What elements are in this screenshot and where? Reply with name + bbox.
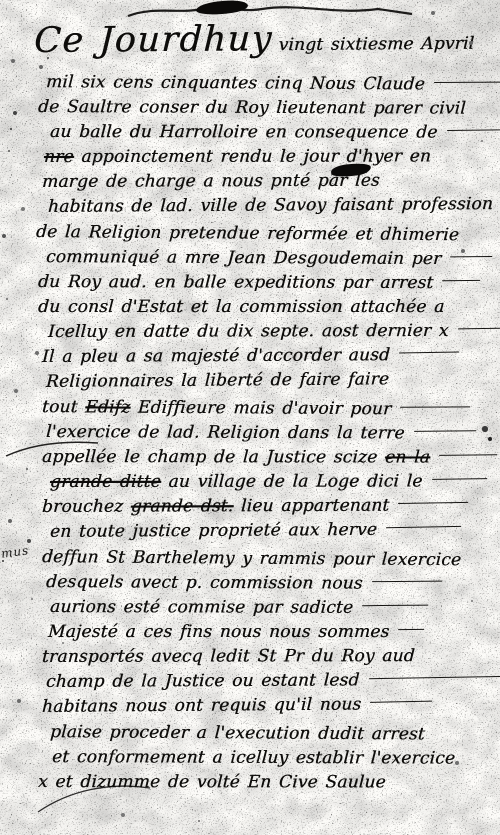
- line-filler-rule: [386, 526, 461, 528]
- manuscript-line: Icelluy en datte du dix septe. aost dern…: [29, 319, 492, 345]
- manuscript-line: nre appoinctement rendu le jour d'hyer e…: [29, 144, 492, 170]
- manuscript-line: brouchez grande dst. lieu appartenant: [29, 493, 492, 520]
- line-filler-rule: [439, 454, 497, 456]
- manuscript-line: tout Edifz Ediffieure mais d'avoir pour: [29, 395, 492, 423]
- handwritten-text: habitans de lad. ville de Savoy faisant …: [48, 194, 494, 217]
- line-filler-rule: [447, 129, 500, 131]
- manuscript-line: aurions esté commise par sadicte: [29, 595, 492, 621]
- handwritten-text: communiqué a mre Jean Desgoudemain per: [45, 247, 442, 269]
- line-filler-rule: [398, 502, 468, 504]
- handwritten-text: Religionnaires la liberté de faire faire: [46, 369, 390, 392]
- margin-note: mus: [0, 543, 30, 560]
- manuscript-text-block: Ce Jourdhuyvingt sixtiesme Apvrilmil six…: [30, 16, 492, 795]
- handwritten-text: vingt sixtiesme Apvril: [278, 34, 475, 55]
- handwritten-text: de la Religion pretendue reformée et dhi…: [35, 222, 459, 245]
- manuscript-line: de la Religion pretendue reformée et dhi…: [29, 220, 492, 248]
- manuscript-line: plaise proceder a l'execution dudit arre…: [29, 720, 492, 748]
- manuscript-line: au balle du Harrolloire en consequence d…: [29, 120, 492, 146]
- handwritten-text: plaise proceder a l'execution dudit arre…: [49, 722, 425, 744]
- manuscript-line: mil six cens cinquantes cinq Nous Claude: [29, 70, 492, 98]
- manuscript-line: habitans nous ont requis qu'il nous: [29, 692, 492, 720]
- handwritten-text: du consl d'Estat et la commission attach…: [38, 297, 445, 317]
- handwritten-text: desquels avect p. commission nous: [45, 572, 363, 594]
- handwritten-text: marge de charge a nous pnté par les: [42, 171, 381, 192]
- line-filler-rule: [443, 280, 481, 281]
- manuscript-line: grande ditte au village de la Loge dici …: [29, 469, 492, 495]
- manuscript-line: marge de charge a nous pnté par les: [29, 168, 492, 195]
- manuscript-line: habitans de lad. ville de Savoy faisant …: [29, 192, 492, 220]
- handwritten-text: champ de la Justice ou estant lesd: [46, 670, 360, 692]
- line-filler-rule: [400, 406, 470, 407]
- manuscript-line: Religionnaires la liberté de faire faire: [29, 367, 492, 395]
- line-filler-rule: [432, 478, 487, 480]
- manuscript-line: Ce Jourdhuyvingt sixtiesme Apvril: [29, 13, 493, 70]
- manuscript-line: champ de la Justice ou estant lesd: [29, 668, 492, 695]
- handwritten-text: Majesté a ces fins nous nous sommes: [48, 622, 391, 642]
- handwritten-text: brouchez: [42, 497, 132, 517]
- handwritten-text: habitans nous ont requis qu'il nous: [42, 695, 362, 717]
- handwritten-text: deffun St Barthelemy y rammis pour lexer…: [41, 547, 461, 570]
- handwritten-text: au village de la Loge dici le: [160, 472, 423, 492]
- manuscript-line: communiqué a mre Jean Desgoudemain per: [29, 245, 492, 272]
- handwritten-text: et conformement a icelluy establir l'exe…: [51, 747, 455, 769]
- line-filler-rule: [414, 430, 476, 432]
- manuscript-line: x et dizumme de volté En Cive Saulue: [29, 770, 492, 796]
- manuscript-line: appellée le champ de la Justice scize en…: [29, 445, 492, 471]
- line-filler-rule: [458, 327, 500, 329]
- handwritten-text: aurions esté commise par sadicte: [49, 597, 353, 618]
- handwritten-text: grande ditte: [50, 472, 162, 492]
- handwritten-text: nre: [44, 147, 75, 167]
- handwritten-text: mil six cens cinquantes cinq Nous Claude: [45, 72, 425, 94]
- handwritten-text: lieu appartenant: [233, 496, 390, 517]
- manuscript-page: mus Ce Jourdhuyvingt sixtiesme Apvrilmil…: [0, 0, 500, 835]
- handwritten-text: en toute justice proprieté aux herve: [50, 520, 378, 542]
- manuscript-line: Majesté a ces fins nous nous sommes: [29, 620, 492, 645]
- handwritten-text: appoinctement rendu le jour d'hyer en: [73, 146, 431, 166]
- handwritten-text: en la: [385, 447, 431, 467]
- handwritten-text: au balle du Harrolloire en consequence d…: [49, 122, 438, 142]
- line-filler-rule: [362, 605, 428, 607]
- handwritten-text: Icelluy en datte du dix septe. aost dern…: [48, 321, 450, 342]
- line-filler-rule: [399, 629, 425, 630]
- manuscript-line: du Roy aud. en balle expeditions par arr…: [29, 270, 492, 296]
- line-filler-rule: [399, 351, 459, 353]
- handwritten-text: du Roy aud. en balle expeditions par arr…: [37, 272, 434, 293]
- handwritten-text: grande dst.: [130, 496, 233, 516]
- handwritten-text: Ediffieure mais d'avoir pour: [130, 398, 392, 420]
- handwritten-text: transportés avecq ledit St Pr du Roy aud: [42, 646, 416, 667]
- line-filler-rule: [369, 676, 500, 680]
- handwritten-text: tout: [41, 397, 85, 417]
- manuscript-line: deffun St Barthelemy y rammis pour lexer…: [29, 545, 492, 573]
- handwritten-text: Il a pleu a sa majesté d'accorder ausd: [42, 345, 391, 367]
- handwritten-text: x et dizumme de volté En Cive Saulue: [37, 772, 386, 792]
- manuscript-line: en toute justice proprieté aux herve: [29, 517, 492, 545]
- manuscript-line: de Saultre conser du Roy lieutenant pare…: [29, 95, 492, 122]
- manuscript-line: et conformement a icelluy establir l'exe…: [29, 745, 492, 772]
- line-filler-rule: [434, 82, 500, 84]
- ink-blot-top: [196, 0, 249, 15]
- line-filler-rule: [451, 256, 493, 257]
- handwritten-text: l'exercice de lad. Religion dans la terr…: [45, 422, 405, 443]
- handwritten-text: de Saultre conser du Roy lieutenant pare…: [37, 97, 466, 119]
- manuscript-line: l'exercice de lad. Religion dans la terr…: [29, 420, 492, 447]
- manuscript-line: transportés avecq ledit St Pr du Roy aud: [29, 644, 492, 670]
- opening-word: Ce Jourdhuy: [33, 19, 274, 61]
- paper-specks: [0, 0, 2, 2]
- handwritten-text: appellée le champ de la Justice scize: [41, 447, 385, 467]
- handwritten-text: Edifz: [85, 397, 131, 417]
- manuscript-line: desquels avect p. commission nous: [29, 570, 492, 597]
- line-filler-rule: [370, 701, 432, 703]
- line-filler-rule: [372, 581, 442, 583]
- manuscript-line: du consl d'Estat et la commission attach…: [29, 295, 492, 320]
- manuscript-line: Il a pleu a sa majesté d'accorder ausd: [29, 343, 492, 370]
